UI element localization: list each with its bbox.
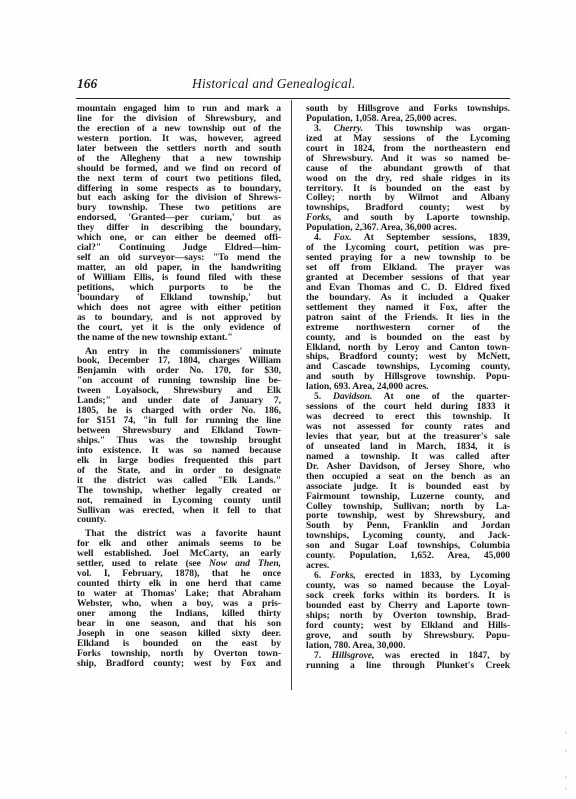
scan-artifacts bbox=[565, 730, 568, 790]
page-number: 166 bbox=[77, 75, 97, 93]
column-divider bbox=[291, 100, 292, 690]
text-line: county. bbox=[77, 515, 281, 525]
text-line: county. Population, 1,652. Area, 45,000 bbox=[306, 551, 510, 561]
text-line: running a line through Plunket's Creek bbox=[306, 661, 510, 671]
text-line: county, and is bounded on the east by bbox=[306, 333, 510, 343]
text-line: not, remained in Lycoming county until bbox=[77, 496, 281, 506]
running-header: 166 Historical and Genealogical. bbox=[77, 75, 510, 93]
text-line: wood on the dry, red shale ridges in its bbox=[306, 174, 510, 184]
text-line: the next term of court two petitions fil… bbox=[77, 174, 281, 184]
header-rule bbox=[76, 98, 510, 99]
page-title: Historical and Genealogical. bbox=[192, 75, 355, 93]
text-line: Fairmount township, Luzerne county, and bbox=[306, 492, 510, 502]
right-text-column: south by Hillsgrove and Forks townships.… bbox=[306, 104, 510, 670]
text-line: Sullivan was erected, when it fell to th… bbox=[77, 506, 281, 516]
left-text-column: mountain engaged him to run and mark ali… bbox=[77, 104, 281, 669]
text-line: 7. Hillsgrove, was erected in 1847, by bbox=[306, 651, 510, 661]
document-page: 166 Historical and Genealogical. mountai… bbox=[0, 0, 576, 799]
text-line: ship, Bradford county; west by Fox and bbox=[77, 659, 281, 669]
text-line: the name of the new township extant." bbox=[77, 333, 281, 343]
